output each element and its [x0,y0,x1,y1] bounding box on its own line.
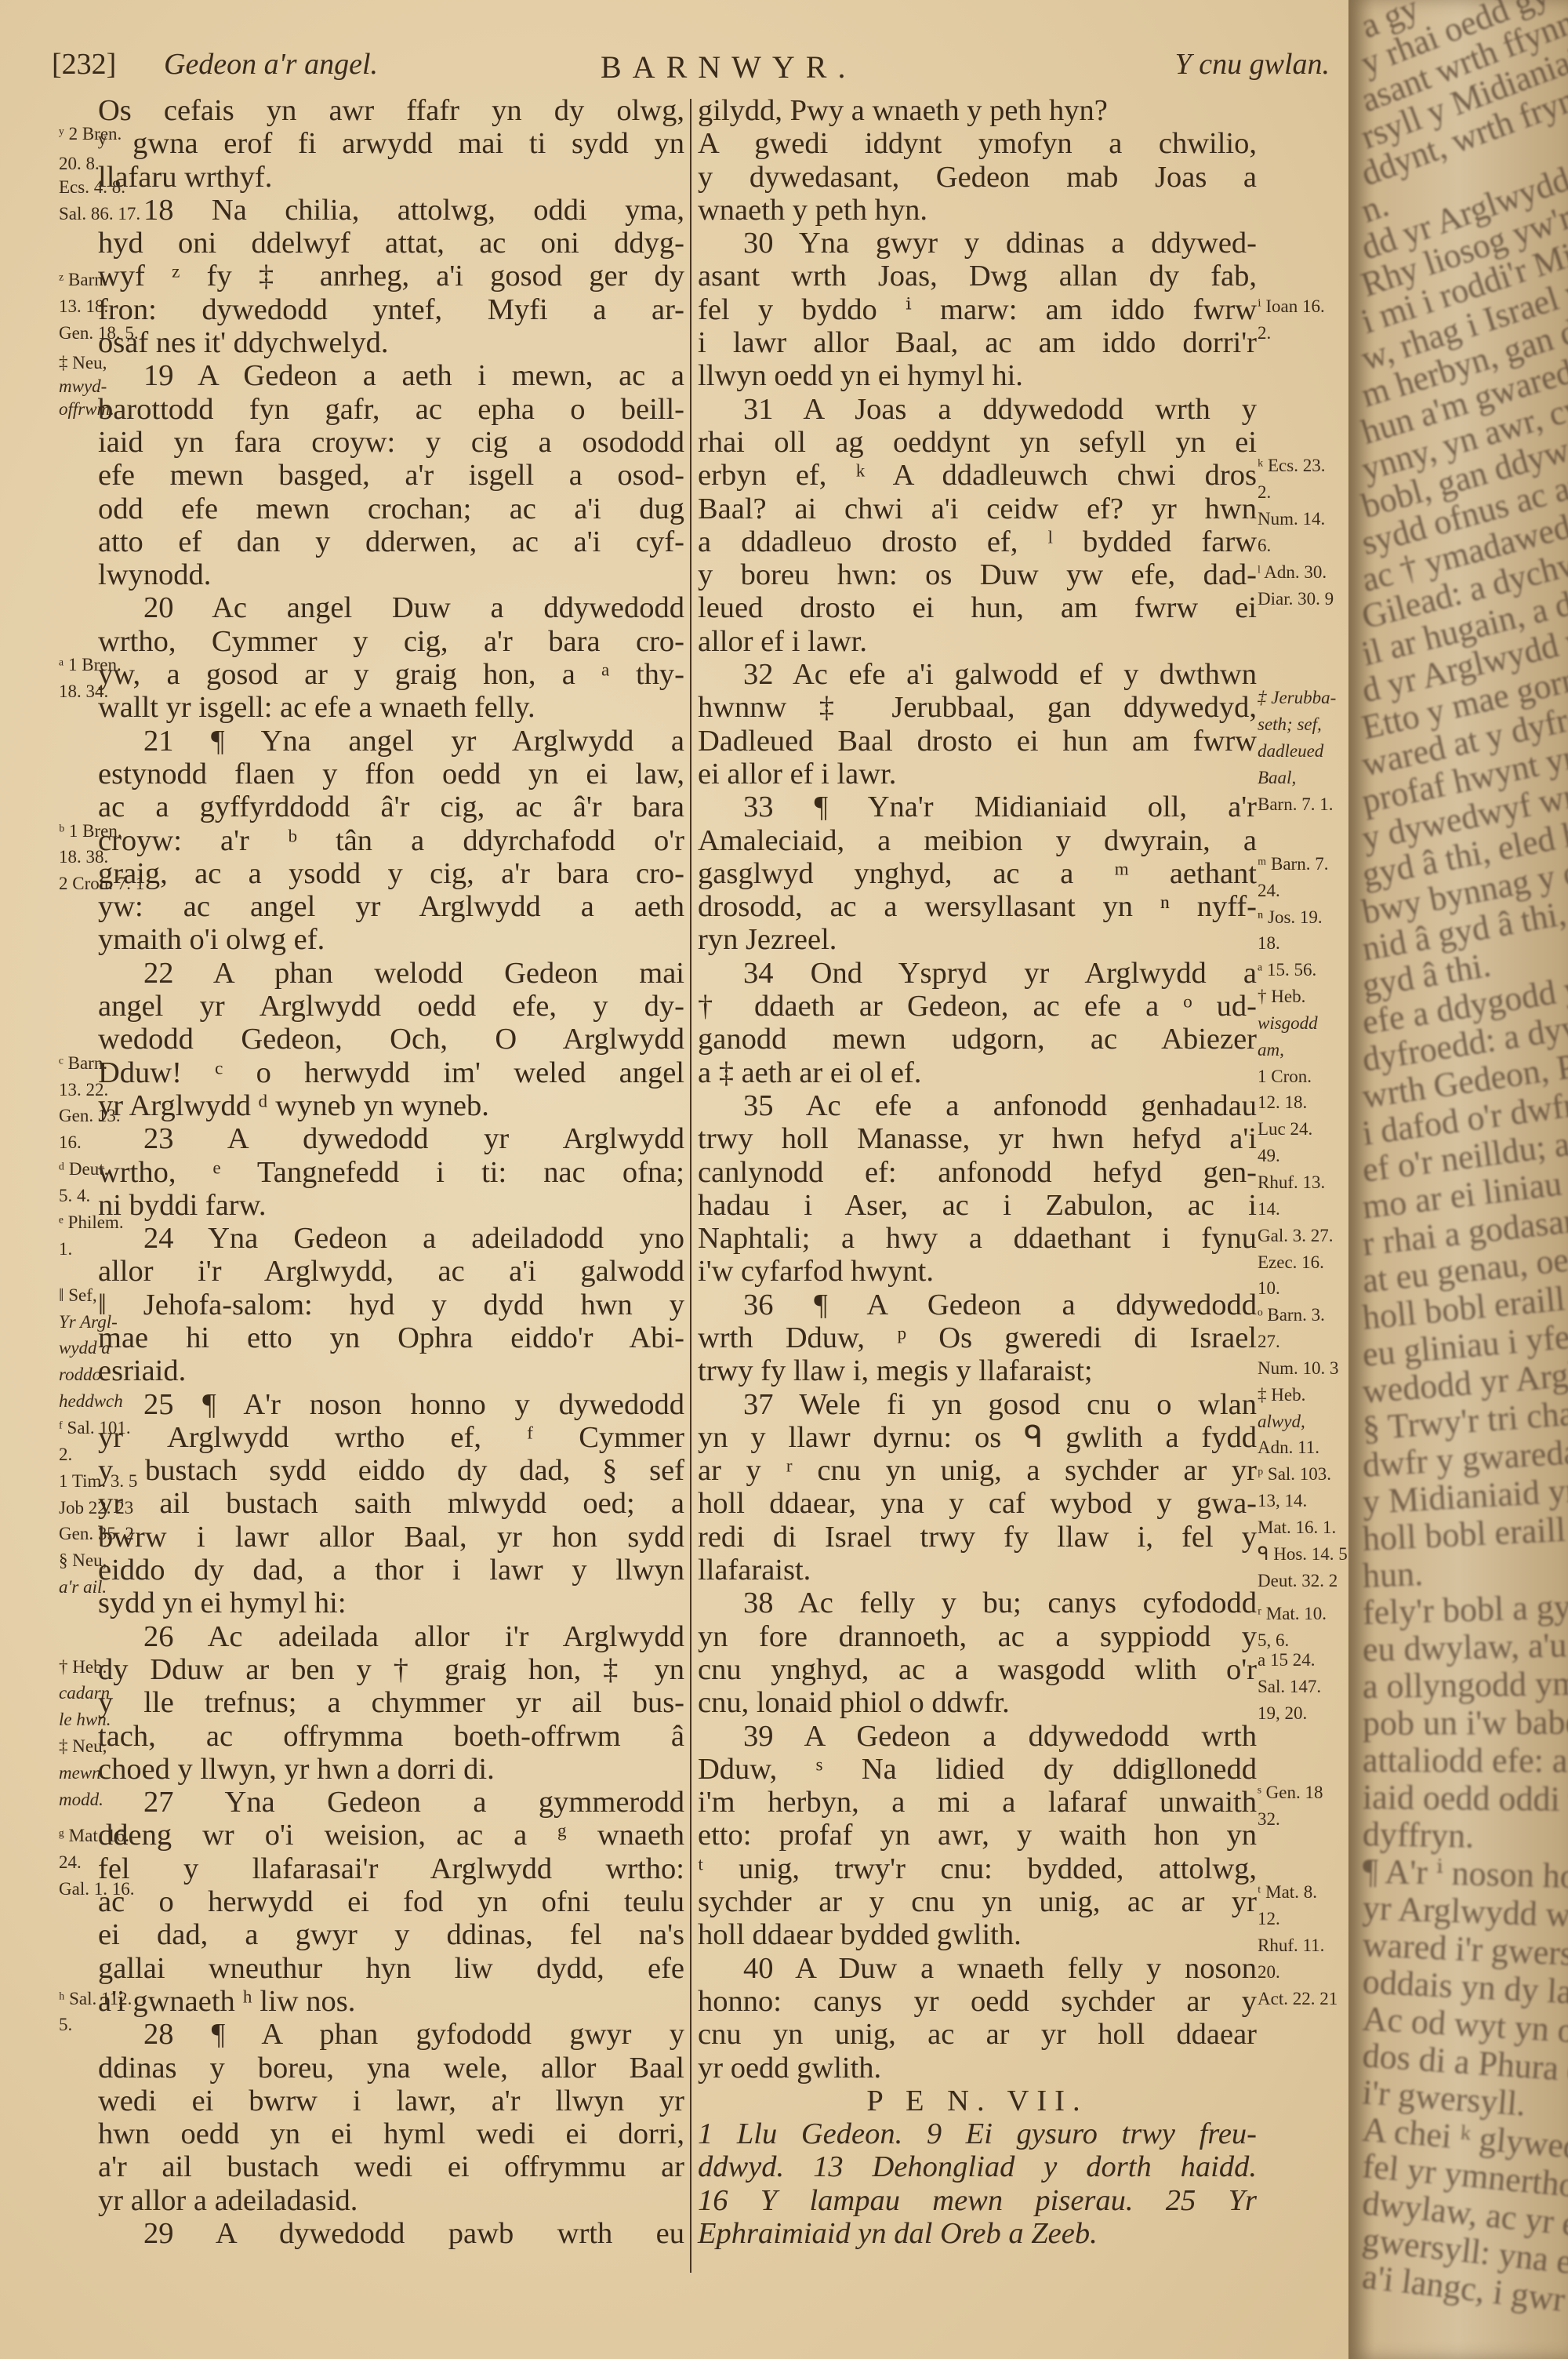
margin-reference: 5. [59,2015,72,2035]
text-line: cnu yn unig, ac ar yr holl ddaear [698,2018,1257,2051]
text-line: 36 ¶ A Gedeon a ddywedodd [698,1289,1257,1321]
margin-reference: Deut. 32. 2 [1258,1571,1338,1591]
facing-page-line: dyffryn. [1363,1814,1475,1856]
margin-reference: 49. [1258,1146,1280,1166]
facing-page-line: hun. [1362,1554,1424,1596]
page-number: [232] [52,47,116,82]
margin-reference: ‡ Neu, [59,1736,107,1757]
text-line: osaf nes it' ddychwelyd. [98,326,684,359]
margin-reference: roddo [59,1365,101,1385]
text-line: P E N. VII. [698,2085,1257,2117]
text-line: odd efe mewn crochan; ac a'i dug [98,493,684,525]
text-line: 30 Yna gwyr y ddinas a ddywed- [698,227,1257,260]
margin-reference: 24. [1258,881,1280,901]
margin-reference: 14. [1258,1199,1280,1219]
text-line: gallai wneuthur hyn liw dydd, efe [98,1952,684,1985]
margin-reference: Luc 24. [1258,1119,1312,1140]
text-line: Baal? ai chwi a'i ceidw ef? yr hwn [698,493,1257,525]
text-line: Naphtali; a hwy a ddaethant i fynu [698,1222,1257,1255]
text-line: cnu, lonaid phiol o ddwfr. [698,1686,1257,1719]
margin-reference: Gen. 35. 2 [59,1524,134,1544]
margin-reference: Adn. 11. [1258,1438,1319,1458]
text-line: drosodd, ac a wersyllasant yn ⁿ nyff- [698,890,1257,923]
text-line: A gwedi iddynt ymofyn a chwilio, [698,127,1257,160]
margin-reference: ‡ Heb. [1258,1385,1305,1405]
margin-reference: Diar. 30. 9 [1258,589,1334,609]
text-line: 20 Ac angel Duw a ddywedodd [98,591,684,624]
text-line: 19 A Gedeon a aeth i mewn, ac a [98,359,684,392]
text-line: wrth Dduw, ᵖ Os gweredi di Israel [698,1321,1257,1354]
text-line: tach, ac offrymma boeth-offrwm â [98,1720,684,1753]
text-line: barottodd fyn gafr, ac epha o beill- [98,393,684,426]
text-line: trwy holl Manasse, yr hwn hefyd a'i [698,1122,1257,1155]
text-line: efe mewn basged, a'r isgell a osod- [98,459,684,492]
margin-reference: seth; sef, [1258,714,1322,735]
text-line: wyf ᶻ fy ‡ anrheg, a'i gosod ger dy [98,260,684,293]
text-line: llafaraist. [698,1554,1257,1587]
margin-reference: Gal. 1. 16. [59,1879,134,1899]
margin-reference: Num. 14. [1258,509,1325,529]
text-line: atto ef dan y dderwen, ac a'i cyf- [98,525,684,558]
margin-reference: 18. 38. [59,847,108,867]
text-line: ‖ Jehofa-salom: hyd y dydd hwn y [98,1289,684,1321]
text-line: Amaleciaid, a meibion y dwyrain, a [698,824,1257,857]
margin-reference: 2. [1258,482,1271,503]
text-line: yr Arglwydd ᵈ wyneb yn wyneb. [98,1089,684,1122]
text-line: estynodd flaen y ffon oedd yn ei law, [98,758,684,791]
margin-reference: ᵇ 1 Bren. [59,821,122,841]
text-line: canlynodd ef: anfonodd hefyd gen- [698,1156,1257,1189]
margin-reference: Yr Argl- [59,1312,118,1332]
text-line: ddwyd. 13 Dehongliad y dorth haidd. [698,2150,1257,2183]
text-line: wallt yr isgell: ac efe a wnaeth felly. [98,691,684,724]
margin-reference: 20. [1258,1962,1280,1983]
text-line: cnu ynghyd, ac a wasgodd wlith o'r [698,1653,1257,1686]
text-line: wrtho, ᵉ Tangnefedd i ti: nac ofna; [98,1156,684,1189]
margin-reference: 5. 4. [59,1186,90,1206]
text-line: yn y llawr dyrnu: os ᑫ gwlith a fydd [698,1421,1257,1454]
margin-reference: 13, 14. [1258,1491,1307,1511]
margin-reference: † Heb. [1258,987,1305,1007]
margin-reference: Ecs. 4. 8. [59,177,125,198]
margin-reference: 2. [59,1445,72,1465]
margin-reference: 2. [1258,323,1271,343]
text-line: sydd yn ei hymyl hi: [98,1587,684,1619]
text-line: 23 A dywedodd yr Arglwydd [98,1122,684,1155]
text-line: i'w cyfarfod hwynt. [698,1255,1257,1288]
text-line: gasglwyd ynghyd, ac a ᵐ aethant [698,857,1257,890]
text-line: a ddadleuo drosto ef, ˡ bydded farw [698,525,1257,558]
text-line: † ddaeth ar Gedeon, ac efe a ᵒ ud- [698,990,1257,1023]
text-line: etto: profaf yn awr, y waith hon yn [698,1819,1257,1852]
margin-reference: modd. [59,1790,103,1810]
margin-reference: 5, 6. [1258,1630,1289,1651]
text-line: allor i'r Arglwydd, ac a'i galwodd [98,1255,684,1288]
margin-reference: 20. 8. [59,154,100,174]
text-line: leued drosto ei hun, am fwrw ei [698,591,1257,624]
margin-reference: ᵏ Ecs. 23. [1258,456,1325,476]
margin-reference: ‡ Neu, [59,353,107,373]
margin-reference: ᵐ Barn. 7. [1258,854,1328,874]
text-line: ei allor ef i lawr. [698,758,1257,791]
margin-reference: ‖ Sef, [59,1285,97,1306]
margin-reference: am, [1258,1040,1284,1060]
text-line: 35 Ac efe a anfonodd genhadau [698,1089,1257,1122]
margin-reference: † Heb. [59,1657,107,1677]
text-line: wrtho, Cymmer y cig, a'r bara cro- [98,625,684,658]
margin-reference: ⁿ Jos. 19. [1258,907,1323,928]
margin-reference: ᶜ Barn. [59,1053,107,1074]
text-line: 28 ¶ A phan gyfododd gwyr y [98,2018,684,2051]
margin-reference: heddwch [59,1391,123,1412]
margin-reference: ᵗ Mat. 8. [1258,1882,1317,1903]
text-line: hadau i Aser, ac i Zabulon, ac i [698,1189,1257,1222]
margin-reference: wydd a [59,1338,111,1358]
margin-reference: ʸ 2 Bren. [59,124,122,144]
margin-reference: mewn [59,1763,101,1783]
text-line: Dadleued Baal drosto ei hun am fwrw [698,725,1257,758]
text-line: 31 A Joas a ddywedodd wrth y [698,393,1257,426]
text-line: honno: canys yr oedd sychder ar y [698,1985,1257,2018]
text-line: hyd oni ddelwyf attat, ac oni ddyg- [98,227,684,260]
margin-reference: Sal. 86. 17. [59,204,140,224]
margin-reference: ᶻ Barn. [59,270,108,290]
left-caption: Gedeon a'r angel. [164,47,378,82]
margin-reference: ᵃ 1 Bren. [59,655,122,675]
text-line: Dduw, ˢ Na lidied dy ddigllonedd [698,1753,1257,1786]
margin-reference: ᶠ Sal. 101. [59,1418,131,1438]
margin-reference: ᵈ Deut. [59,1159,108,1179]
margin-reference: 32. [1258,1809,1280,1830]
facing-page-line: eu dwylaw, a'u ʰ hudgyr [1362,1622,1568,1670]
margin-reference: wisgodd [1258,1013,1318,1034]
text-line: eiddo dy dad, a thor i lawr y llwyn [98,1554,684,1587]
text-line: erbyn ef, ᵏ A ddadleuwch chwi dros [698,459,1257,492]
text-line: yr Arglwydd wrtho ef, ᶠ Cymmer [98,1421,684,1454]
margin-reference: ˡ Adn. 30. [1258,562,1327,583]
margin-reference: § Neu, [59,1550,107,1571]
margin-reference: Num. 10. 3 [1258,1358,1339,1379]
margin-reference: ʳ Mat. 10. [1258,1604,1327,1624]
margin-reference: Mat. 16. 1. [1258,1518,1336,1538]
text-line: fel y llafarasai'r Arglwydd wrtho: [98,1852,684,1885]
text-line: ac o herwydd ei fod yn ofni teulu [98,1885,684,1918]
margin-reference: mwyd- [59,376,107,397]
text-line: wedi ei bwrw i lawr, a'r llwyn yr [98,2085,684,2117]
text-line: y dywedasant, Gedeon mab Joas a [698,161,1257,194]
text-line: i lawr allor Baal, ac am iddo dorri'r [698,326,1257,359]
text-line: mae hi etto yn Ophra eiddo'r Abi- [98,1321,684,1354]
text-line: y boreu hwn: os Duw yw efe, dad- [698,558,1257,591]
text-line: ymaith o'i olwg ef. [98,923,684,956]
margin-reference: ᵍ Mat. 16. [59,1826,129,1846]
text-line: y lle trefnus; a chymmer yr ail bus- [98,1686,684,1719]
text-line: a'r ail bustach wedi ei offrymmu ar [98,2150,684,2183]
text-line: asant wrth Joas, Dwg allan dy fab, [698,260,1257,293]
text-line: gilydd, Pwy a wnaeth y peth hyn? [698,94,1257,127]
text-line: redi di Israel trwy fy llaw i, fel y [698,1521,1257,1554]
text-line: 25 ¶ A'r noson honno y dywedodd [98,1388,684,1421]
facing-page-line: attaliodd efe: a gwersyll [1363,1740,1568,1781]
margin-reference: 6. [1258,536,1271,556]
text-line: llwyn oedd yn ei hymyl hi. [698,359,1257,392]
text-line: sychder ar y cnu yn unig, ac ar yr [698,1885,1257,1918]
text-line: ar y ʳ cnu yn unig, a sychder ar yr [698,1454,1257,1487]
left-text-column: Os cefais yn awr ffafr yn dy olwg,ʸ gwna… [98,94,684,2250]
margin-reference: Baal, [1258,768,1296,788]
text-line: ddinas y boreu, yna wele, allor Baal [98,2052,684,2085]
text-line: Dduw! ᶜ o herwydd im' weled angel [98,1056,684,1089]
text-line: yw: ac angel yr Arglwydd a aeth [98,890,684,923]
margin-reference: ˢ Gen. 18 [1258,1783,1323,1803]
margin-reference: ᵖ Sal. 103. [1258,1464,1331,1485]
text-line: 37 Wele fi yn gosod cnu o wlan [698,1388,1257,1421]
text-line: trwy fy llaw i, megis y llafaraist; [698,1354,1257,1387]
text-line: croyw: a'r ᵇ tân a ddyrchafodd o'r [98,824,684,857]
text-line: ʸ gwna erof fi arwydd mai ti sydd yn [98,127,684,160]
text-line: ni byddi farw. [98,1189,684,1222]
margin-reference: ʰ Sal. 112. [59,1989,132,2009]
text-line: a'i gwnaeth ʰ liw nos. [98,1985,684,2018]
margin-reference: ᵒ Barn. 3. [1258,1305,1325,1325]
margin-reference: 12. [1258,1909,1280,1929]
text-line: ᵗ unig, trwy'r cnu: bydded, attolwg, [698,1852,1257,1885]
text-line: wnaeth y peth hyn. [698,194,1257,227]
text-line: ganodd mewn udgorn, ac Abiezer [698,1023,1257,1056]
margin-reference: 16. [59,1132,82,1153]
margin-reference: ⁱ Ioan 16. [1258,296,1325,317]
text-line: 22 A phan welodd Gedeon mai [98,957,684,990]
text-line: holl ddaear, yna y caf wybod y gwa- [698,1487,1257,1520]
text-line: 1 Llu Gedeon. 9 Ei gysuro trwy freu- [698,2117,1257,2150]
main-page: [232] Gedeon a'r angel. BARNWYR. Y cnu g… [0,0,1348,2359]
margin-reference: 1 Tim. 3. 5 [59,1471,137,1492]
text-line: holl ddaear bydded gwlith. [698,1918,1257,1951]
margin-reference: ᵃ 15. 56. [1258,960,1316,980]
text-line: angel yr Arglwydd oedd efe, y dy- [98,990,684,1023]
text-line: 34 Ond Yspryd yr Arglwydd a [698,957,1257,990]
text-line: 39 A Gedeon a ddywedodd wrth [698,1720,1257,1753]
text-line: wedodd Gedeon, Och, O Arglwydd [98,1023,684,1056]
text-line: Ephraimiaid yn dal Oreb a Zeeb. [698,2217,1257,2250]
margin-reference: Act. 22. 21 [1258,1989,1338,2009]
text-line: hwn oedd yn ei hyml wedi ei dorri, [98,2117,684,2150]
margin-reference: dadleued [1258,741,1323,761]
text-line: hwnnw ‡ Jerubbaal, gan ddywedyd, [698,691,1257,724]
margin-reference: 10. [1258,1278,1280,1299]
text-line: fron: dywedodd yntef, Myfi a ar- [98,293,684,326]
text-line: a ‡ aeth ar ei ol ef. [698,1056,1257,1089]
margin-reference: Gal. 3. 27. [1258,1226,1333,1246]
text-line: lwynodd. [98,558,684,591]
margin-reference: 18. [1258,933,1280,954]
text-line: yn fore drannoeth, ac a syppiodd y [698,1620,1257,1653]
margin-reference: Barn. 7. 1. [1258,794,1333,815]
margin-reference: alwyd, [1258,1412,1305,1432]
margin-reference: Sal. 147. [1258,1677,1321,1697]
margin-reference: 12. 18. [1258,1092,1307,1113]
margin-reference: Rhuf. 13. [1258,1172,1325,1193]
book-title: BARNWYR. [601,49,856,85]
text-line: dy Dduw ar ben y † graig hon, ‡ yn [98,1653,684,1686]
text-line: ryn Jezreel. [698,923,1257,956]
text-line: 26 Ac adeilada allor i'r Arglwydd [98,1620,684,1653]
margin-reference: ᵉ Philem. [59,1212,124,1233]
margin-reference: Ezec. 16. [1258,1252,1324,1273]
text-line: fel y byddo ⁱ marw: am iddo fwrw [698,293,1257,326]
text-line: 40 A Duw a wnaeth felly y noson [698,1952,1257,1985]
text-line: Os cefais yn awr ffafr yn dy olwg, [98,94,684,127]
column-divider [690,99,691,2273]
margin-reference: 27. [1258,1332,1280,1352]
text-line: 24 Yna Gedeon a adeiladodd yno [98,1222,684,1255]
text-line: llafaru wrthyf. [98,161,684,194]
text-line: 18 Na chilia, attolwg, oddi yma, [98,194,684,227]
margin-reference: a'r ail. [59,1577,107,1598]
text-line: y bustach sydd eiddo dy dad, § sef [98,1454,684,1487]
text-line: iaid yn fara croyw: y cig a osododd [98,426,684,459]
text-line: 27 Yna Gedeon a gymmerodd [98,1786,684,1819]
text-line: rhai oll ag oeddynt yn sefyll yn ei [698,426,1257,459]
text-line: 33 ¶ Yna'r Midianiaid oll, a'r [698,791,1257,823]
text-line: ei dad, a gwyr y ddinas, fel na's [98,1918,684,1951]
text-line: choed y llwyn, yr hwn a dorri di. [98,1753,684,1786]
margin-reference: 1 Cron. [1258,1067,1312,1087]
margin-reference: 1. [59,1239,72,1259]
text-line: yw, a gosod ar y graig hon, a ᵃ thy- [98,658,684,691]
margin-reference: a 15 24. [1258,1650,1315,1670]
margin-reference: 13. 22. [59,1080,108,1100]
text-line: ac a gyffyrddodd â'r cig, ac â'r bara [98,791,684,823]
margin-reference: 24. [59,1852,82,1873]
margin-reference: 18. 34. [59,682,108,702]
margin-reference: ᑫ Hos. 14. 5 [1258,1544,1348,1565]
text-line: bwrw i lawr allor Baal, yr hon sydd [98,1521,684,1554]
text-line: allor ef i lawr. [698,625,1257,658]
margin-reference: 2 Cron. 7. 1 [59,874,144,894]
right-caption: Y cnu gwlan. [1175,47,1330,82]
margin-reference: 13. 18. [59,296,108,317]
text-line: esriaid. [98,1354,684,1387]
text-line: ddeng wr o'i weision, ac a ᵍ wnaeth [98,1819,684,1852]
margin-reference: Job 22. 23 [59,1498,133,1518]
margin-reference: cadarn [59,1683,110,1703]
margin-reference: Gen. 13. [59,1106,121,1126]
margin-reference: Gen. 18. 5. [59,323,139,343]
facing-page-curl: a gyy rhai oedd gyasant wrth ffynnon ‡ H… [1348,0,1568,2359]
text-line: 16 Y lampau mewn piserau. 25 Yr [698,2184,1257,2217]
text-line: yr allor a adeiladasid. [98,2184,684,2217]
facing-page-line: pob un i'w babell, a'r tri ch [1363,1702,1568,1743]
text-line: i'm herbyn, a mi a lafaraf unwaith [698,1786,1257,1819]
margin-reference: offrwm. [59,399,114,420]
margin-reference: ‡ Jerubba- [1258,688,1336,708]
facing-page-line: a ollyngodd ymaith holl w [1363,1662,1568,1707]
right-text-column: gilydd, Pwy a wnaeth y peth hyn?A gwedi … [698,94,1257,2250]
text-line: yr ail bustach saith mlwydd oed; a [98,1487,684,1520]
margin-reference: Rhuf. 11. [1258,1936,1324,1956]
text-line: yr oedd gwlith. [698,2052,1257,2085]
margin-reference: le hwn. [59,1710,111,1730]
text-line: 32 Ac efe a'i galwodd ef y dwthwn [698,658,1257,691]
margin-reference: 19, 20. [1258,1703,1307,1724]
text-line: 38 Ac felly y bu; canys cyfododd [698,1587,1257,1619]
text-line: 29 A dywedodd pawb wrth eu [98,2217,684,2250]
text-line: 21 ¶ Yna angel yr Arglwydd a [98,725,684,758]
text-line: graig, ac a ysodd y cig, a'r bara cro- [98,857,684,890]
